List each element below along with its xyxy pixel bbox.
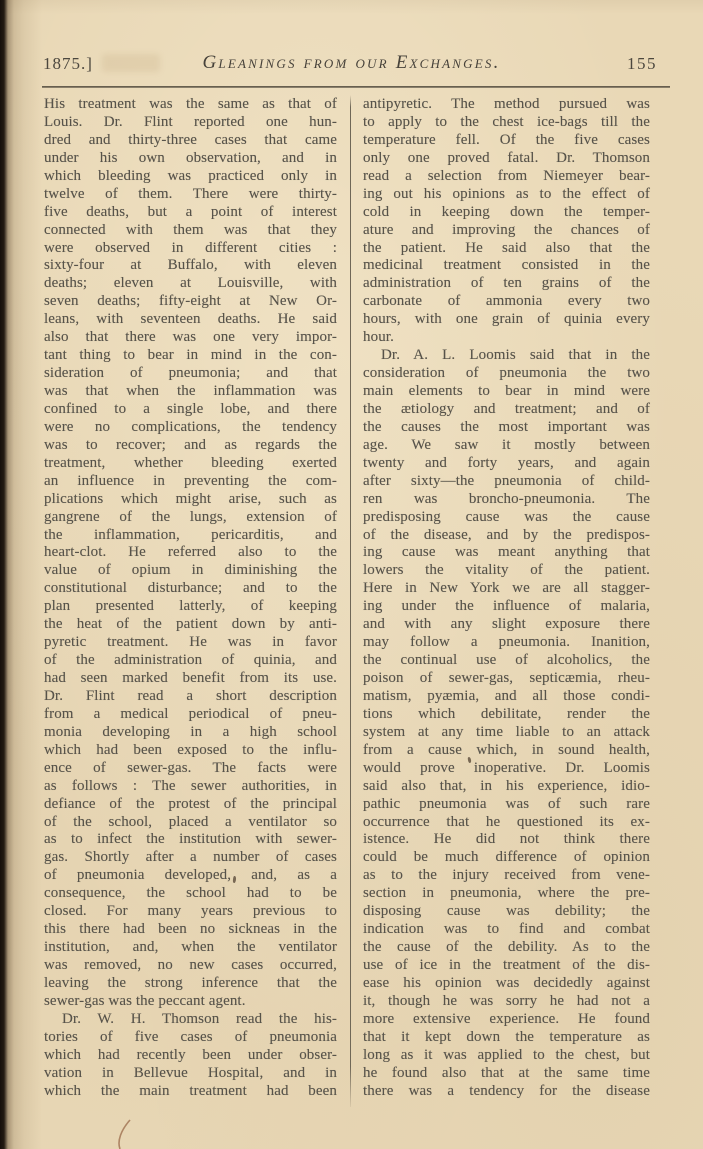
text-line: consequence, the school had to be [44, 885, 337, 903]
text-line: said also that, in his experience, idio- [363, 778, 650, 796]
text-line: Dr. W. H. Thomson read the his- [44, 1011, 337, 1029]
right-text-column: antipyretic. The method pursued wasto ap… [363, 96, 650, 1101]
text-line: indication was to find and combat [363, 921, 650, 939]
text-line: an influence in preventing the com- [44, 473, 337, 491]
text-line: administration of ten grains of the [363, 275, 650, 293]
text-line: leans, with seventeen deaths. He said [44, 311, 337, 329]
text-line: constitutional disturbance; and to the [44, 580, 337, 598]
text-line: age. We saw it mostly between [363, 437, 650, 455]
text-line: may follow a pneumonia. Inanition, [363, 634, 650, 652]
text-line: this there had been no sickneas in the [44, 921, 337, 939]
text-line: vation in Bellevue Hospital, and in [44, 1065, 337, 1083]
text-line: which had recently been under obser- [44, 1047, 337, 1065]
text-line: also that there was one very impor- [44, 329, 337, 347]
text-line: the ætiology and treatment; and of [363, 401, 650, 419]
text-line: was to recover; and as regards the [44, 437, 337, 455]
text-line: more extensive experience. He found [363, 1011, 650, 1029]
text-line: disposing cause was debility; the [363, 903, 650, 921]
text-line: seven deaths; fifty-eight at New Or- [44, 293, 337, 311]
text-line: leaving the strong inference that the [44, 975, 337, 993]
text-line: only one proved fatal. Dr. Thomson [363, 150, 650, 168]
text-line: were observed in different cities : [44, 240, 337, 258]
text-line: tions which debilitate, render the [363, 706, 650, 724]
page-header: 1875.] Gleanings from our Exchanges. 155 [0, 52, 703, 78]
text-line: occurrence that he questioned its ex- [363, 814, 650, 832]
text-line: ease his opinion was decidedly against [363, 975, 650, 993]
text-line: pyretic treatment. He was in favor [44, 634, 337, 652]
text-line: medicinal treatment consisted in the [363, 257, 650, 275]
text-line: gas. Shortly after a number of cases [44, 849, 337, 867]
text-line: the cause of the debility. As to the [363, 939, 650, 957]
text-line: antipyretic. The method pursued was [363, 96, 650, 114]
text-line: which the main treatment had been [44, 1083, 337, 1101]
text-line: as follows : The sewer authorities, in [44, 778, 337, 796]
text-line: Here in New York we are all stagger- [363, 580, 650, 598]
text-line: ing out his opinions as to the effect of [363, 186, 650, 204]
text-line: deaths; eleven at Louisville, with [44, 275, 337, 293]
text-line: after sixty—the pneumonia of child- [363, 473, 650, 491]
text-line: and with any slight exposure there [363, 616, 650, 634]
text-line: twelve of them. There were thirty- [44, 186, 337, 204]
text-line: confined to a single lobe, and there [44, 401, 337, 419]
text-line: tant thing to bear in mind in the con- [44, 347, 337, 365]
text-line: read a selection from Niemeyer bear- [363, 168, 650, 186]
text-line: the heat of the patient down by anti- [44, 616, 337, 634]
text-line: he found also that at the same time [363, 1065, 650, 1083]
text-line: closed. For many years previous to [44, 903, 337, 921]
text-line: sixty-four at Buffalo, with eleven [44, 257, 337, 275]
text-line: of the school, placed a ventilator so [44, 814, 337, 832]
text-line: of pneumonia developed, and, as a [44, 867, 337, 885]
text-line: use of ice in the treatment of the dis- [363, 957, 650, 975]
text-line: temperature fell. Of the five cases [363, 132, 650, 150]
text-line: hours, with one grain of quinia every [363, 311, 650, 329]
text-line: main elements to bear in mind were [363, 383, 650, 401]
text-line: dred and thirty-three cases that came [44, 132, 337, 150]
text-line: that it kept down the temperature as [363, 1029, 650, 1047]
text-line: pathic pneumonia was of such rare [363, 796, 650, 814]
text-line: monia developing in a high school [44, 724, 337, 742]
text-line: were no complications, the tendency [44, 419, 337, 437]
text-line: sewer-gas was the peccant agent. [44, 993, 337, 1011]
text-line: was removed, no new cases occurred, [44, 957, 337, 975]
text-line: Dr. Flint read a short description [44, 688, 337, 706]
text-line: tories of five cases of pneumonia [44, 1029, 337, 1047]
text-line: consideration of pneumonia the two [363, 365, 650, 383]
text-line: Louis. Dr. Flint reported one hun- [44, 114, 337, 132]
pen-mark [104, 1118, 148, 1149]
text-line: ing under the influence of malaria, [363, 598, 650, 616]
text-line: carbonate of ammonia every two [363, 293, 650, 311]
text-line: had seen marked benefit from its use. [44, 670, 337, 688]
text-line: would prove inoperative. Dr. Loomis [363, 760, 650, 778]
text-line: the continual use of alcoholics, the [363, 652, 650, 670]
text-line: heart-clot. He referred also to the [44, 544, 337, 562]
text-line: His treatment was the same as that of [44, 96, 337, 114]
text-line: to apply to the chest ice-bags till the [363, 114, 650, 132]
text-line: which bleeding was practiced only in [44, 168, 337, 186]
text-line: the causes the most important was [363, 419, 650, 437]
text-line: sideration of pneumonia; and that [44, 365, 337, 383]
header-rule [42, 86, 670, 88]
text-line: poison of sewer-gas, septicæmia, rheu- [363, 670, 650, 688]
text-line: connected with them was that they [44, 222, 337, 240]
text-line: ature and improving the chances of [363, 222, 650, 240]
text-line: the inflammation, pericarditis, and [44, 527, 337, 545]
text-line: cold in keeping down the temper- [363, 204, 650, 222]
text-line: treatment, whether bleeding exerted [44, 455, 337, 473]
text-line: from a medical periodical of pneu- [44, 706, 337, 724]
text-line: defiance of the protest of the principal [44, 796, 337, 814]
text-line: Dr. A. L. Loomis said that in the [363, 347, 650, 365]
scanned-journal-page: 1875.] Gleanings from our Exchanges. 155… [0, 0, 703, 1149]
text-line: predisposing cause was the cause [363, 509, 650, 527]
text-line: of the disease, and by the predispos- [363, 527, 650, 545]
text-line: five deaths, but a point of interest [44, 204, 337, 222]
text-line: the patient. He said also that the [363, 240, 650, 258]
text-line: as to infect the institution with sewer- [44, 831, 337, 849]
text-line: value of opium in diminishing the [44, 562, 337, 580]
page-number: 155 [627, 54, 657, 74]
text-line: plan presented latterly, of keeping [44, 598, 337, 616]
text-line: long as it was applied to the chest, but [363, 1047, 650, 1065]
text-line: under his own observation, and in [44, 150, 337, 168]
page-title: Gleanings from our Exchanges. [0, 52, 703, 74]
text-line: matism, pyæmia, and all those condi- [363, 688, 650, 706]
text-line: section in pneumonia, where the pre- [363, 885, 650, 903]
text-line: lowers the vitality of the patient. [363, 562, 650, 580]
text-line: ing cause was meant anything that [363, 544, 650, 562]
text-line: plications which might arise, such as [44, 491, 337, 509]
text-line: institution, and, when the ventilator [44, 939, 337, 957]
text-line: was that when the inflammation was [44, 383, 337, 401]
column-divider-rule [350, 95, 351, 1107]
text-line: ren was broncho-pneumonia. The [363, 491, 650, 509]
text-line: twenty and forty years, and again [363, 455, 650, 473]
text-line: it, though he was sorry he had not a [363, 993, 650, 1011]
text-line: of the administration of quinia, and [44, 652, 337, 670]
text-line: could be much difference of opinion [363, 849, 650, 867]
text-line: gangrene of the lungs, extension of [44, 509, 337, 527]
text-line: there was a tendency for the disease [363, 1083, 650, 1101]
book-gutter-shadow [0, 0, 42, 1149]
text-line: as to the injury received from vene- [363, 867, 650, 885]
text-line: from a cause which, in sound health, [363, 742, 650, 760]
left-text-column: His treatment was the same as that ofLou… [44, 96, 337, 1101]
text-line: which had been exposed to the influ- [44, 742, 337, 760]
text-line: system at any time liable to an attack [363, 724, 650, 742]
text-line: hour. [363, 329, 650, 347]
text-line: ence of sewer-gas. The facts were [44, 760, 337, 778]
text-line: istence. He did not think there [363, 831, 650, 849]
